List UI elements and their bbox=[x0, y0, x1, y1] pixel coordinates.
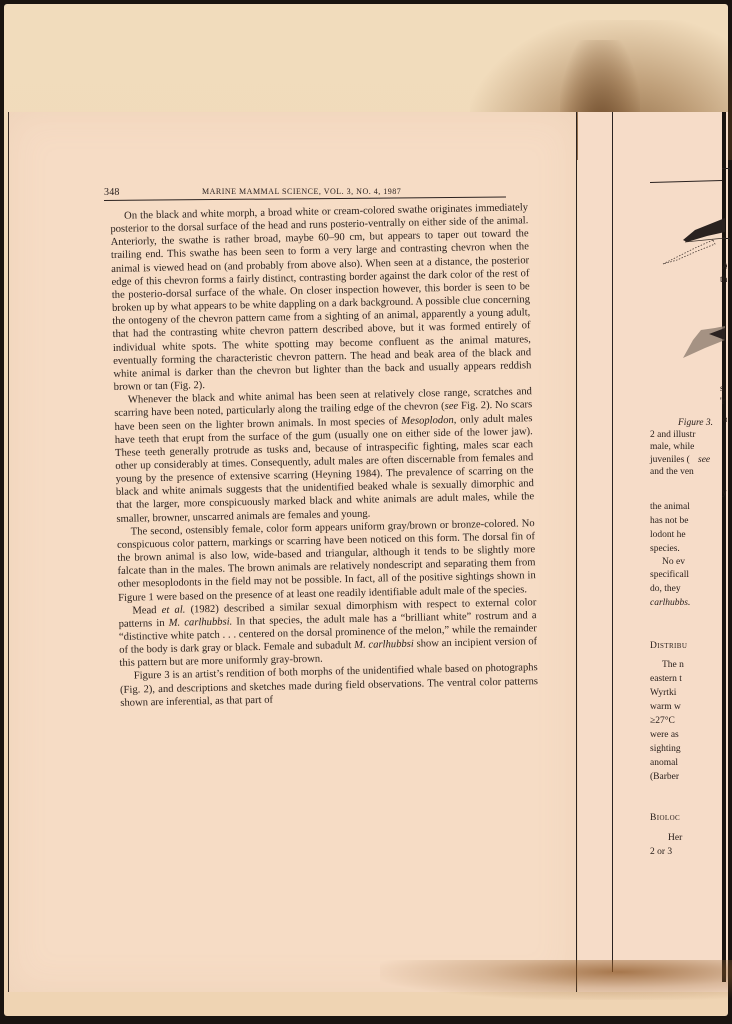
right-page-frag-2or3: 2 or 3 bbox=[650, 847, 672, 857]
right-page-frag-wereas: were as bbox=[650, 730, 679, 740]
right-page-frag-y: y bbox=[722, 488, 727, 498]
right-page-frag-species: species. bbox=[650, 544, 680, 554]
right-page-frag-carl: carlhubbs. bbox=[650, 598, 690, 608]
right-page-frag-wyrtki: Wyrtki bbox=[650, 688, 676, 698]
right-page-frag-male: male, while bbox=[650, 442, 694, 452]
right-page-frag-hasnot: has not be bbox=[650, 516, 689, 526]
right-page-text: Aths'rFigure 3.o2 and illustrmale, while… bbox=[0, 0, 727, 1024]
right-page-frag-then: The n bbox=[662, 660, 684, 670]
right-page-frag-anomal: anomal bbox=[650, 758, 678, 768]
right-page-frag-sighting: sighting bbox=[650, 744, 681, 754]
right-page-frag-r: 'r bbox=[720, 397, 725, 407]
right-page-frag-s: s bbox=[720, 384, 724, 394]
right-page-frag-th: th bbox=[720, 275, 727, 285]
right-page-frag-noev: No ev bbox=[662, 557, 685, 567]
right-page-frag-her: Her bbox=[668, 833, 682, 843]
right-page-frag-eastern: eastern t bbox=[650, 674, 682, 684]
right-page-frag-2and: 2 and illustr bbox=[650, 430, 695, 440]
right-page-frag-juv-see: see bbox=[698, 455, 710, 465]
right-page-frag-a1: A bbox=[722, 262, 727, 272]
right-page-frag-fig3: Figure 3. bbox=[678, 418, 713, 428]
right-page-frag-spec: specificall bbox=[650, 570, 689, 580]
right-page-frag-lodont: lodont he bbox=[650, 530, 686, 540]
right-page-frag-do: do, they bbox=[650, 584, 681, 594]
right-page-frag-theanimal: the animal bbox=[650, 502, 690, 512]
right-page-frag-27: ≥27°C bbox=[650, 716, 675, 726]
right-page-frag-distrib: Distribu bbox=[650, 641, 687, 651]
right-page-frag-o: o bbox=[723, 415, 727, 425]
right-page-frag-barber: (Barber bbox=[650, 772, 679, 782]
right-page-frag-andthe: and the ven bbox=[650, 467, 694, 477]
right-page-frag-juv: juveniles ( bbox=[650, 455, 690, 465]
right-page-frag-biolo: Bioloc bbox=[650, 813, 680, 823]
right-page-frag-warm: warm w bbox=[650, 702, 681, 712]
